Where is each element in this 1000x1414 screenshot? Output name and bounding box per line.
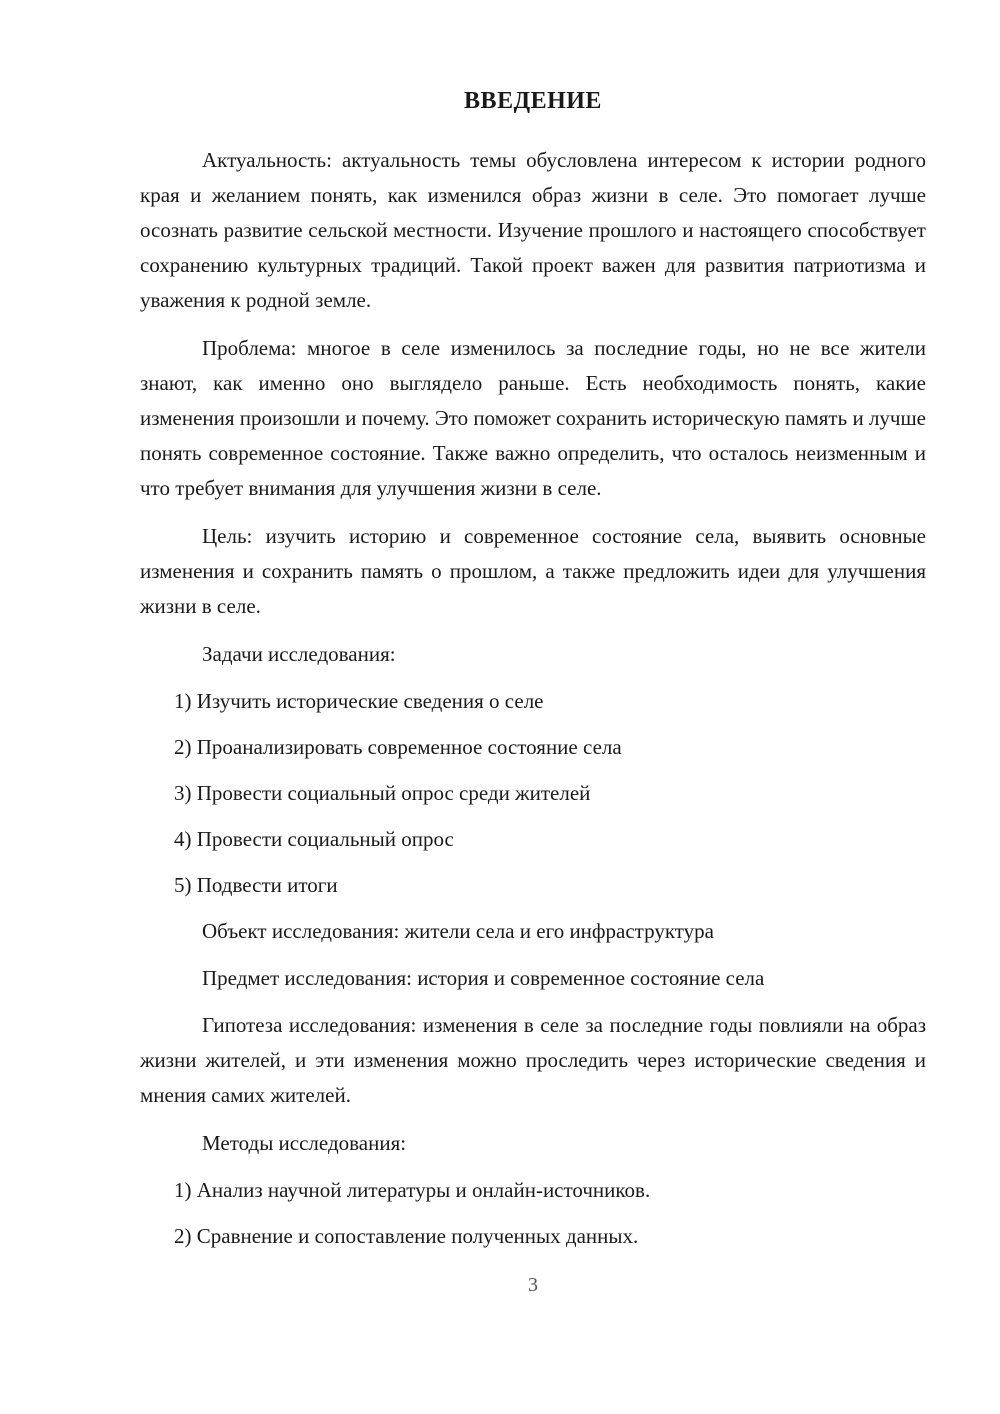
object-line: Объект исследования: жители села и его и… [140, 914, 926, 949]
task-item-5: 5) Подвести итоги [174, 868, 926, 903]
method-item-2: 2) Сравнение и сопоставление полученных … [174, 1219, 926, 1254]
method-item-1: 1) Анализ научной литературы и онлайн-ис… [174, 1173, 926, 1208]
paragraph-relevance: Актуальность: актуальность темы обусловл… [140, 143, 926, 318]
task-item-2: 2) Проанализировать современное состояни… [174, 730, 926, 765]
paragraph-problem: Проблема: многое в селе изменилось за по… [140, 331, 926, 506]
document-page: ВВЕДЕНИЕ Актуальность: актуальность темы… [0, 0, 1000, 1414]
subject-line: Предмет исследования: история и современ… [140, 961, 926, 996]
page-title: ВВЕДЕНИЕ [140, 84, 926, 119]
task-item-4: 4) Провести социальный опрос [174, 822, 926, 857]
paragraph-goal: Цель: изучить историю и современное сост… [140, 519, 926, 624]
methods-heading: Методы исследования: [140, 1126, 926, 1161]
tasks-list: 1) Изучить исторические сведения о селе … [140, 684, 926, 903]
page-number: 3 [140, 1271, 926, 1299]
task-item-1: 1) Изучить исторические сведения о селе [174, 684, 926, 719]
methods-list: 1) Анализ научной литературы и онлайн-ис… [140, 1173, 926, 1254]
tasks-heading: Задачи исследования: [140, 637, 926, 672]
task-item-3: 3) Провести социальный опрос среди жител… [174, 776, 926, 811]
paragraph-hypothesis: Гипотеза исследования: изменения в селе … [140, 1008, 926, 1113]
